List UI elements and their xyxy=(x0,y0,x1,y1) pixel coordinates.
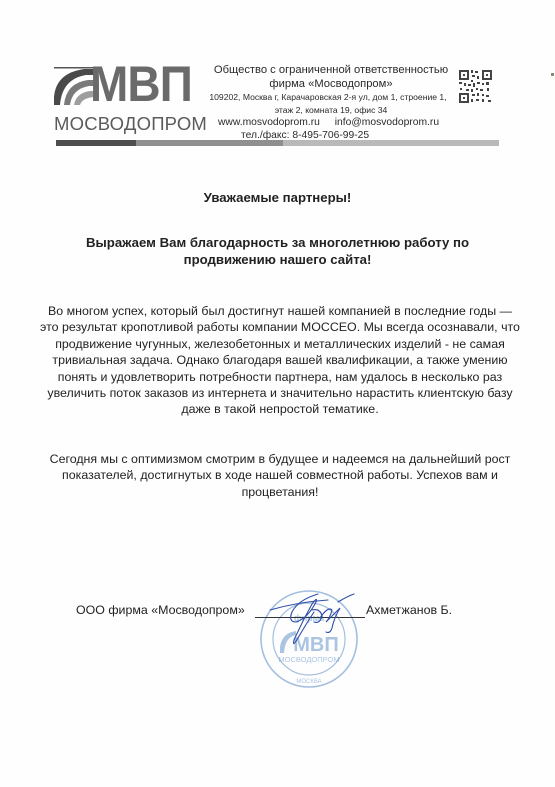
company-logo: МВП МОСВОДОПРОМ xyxy=(54,67,204,139)
svg-text:МОСВОДОПРОМ: МОСВОДОПРОМ xyxy=(278,655,339,664)
logo-letters: МВП xyxy=(90,59,192,109)
letterhead-divider xyxy=(56,140,499,146)
handwritten-signature-icon xyxy=(268,588,368,653)
company-name: фирма «Мосводопром» xyxy=(205,77,457,91)
divider-mid-segment xyxy=(136,140,283,146)
letter-paragraph: Во многом успех, который был достигнут н… xyxy=(40,303,520,418)
company-address-line1: 109202, Москва г, Карачаровская 2-я ул, … xyxy=(199,91,457,104)
signature-company: ООО фирма «Мосводопром» xyxy=(76,603,245,617)
divider-dark-segment xyxy=(56,140,136,146)
logo-company-name: МОСВОДОПРОМ xyxy=(54,114,207,134)
letter-page: МВП МОСВОДОПРОМ Общество с ограниченной … xyxy=(0,0,555,787)
svg-text:МОСКВА: МОСКВА xyxy=(296,679,321,685)
company-address-line2: этаж 2, комната 19, офис 34 xyxy=(205,104,457,116)
qr-code-icon xyxy=(458,69,493,104)
company-contacts: www.mosvodoprom.ru info@mosvodoprom.ru xyxy=(205,116,457,129)
company-info: Общество с ограниченной ответственностью… xyxy=(205,64,457,142)
signer-name: Ахметжанов Б. xyxy=(366,603,452,617)
scan-speck xyxy=(551,73,554,76)
letter-greeting: Уважаемые партнеры! xyxy=(0,190,555,205)
arc-logo-icon xyxy=(54,67,94,105)
company-legal-form: Общество с ограниченной ответственностью xyxy=(205,64,457,77)
letter-subtitle: Выражаем Вам благодарность за многолетню… xyxy=(40,234,515,268)
divider-light-segment xyxy=(283,140,499,146)
company-email-link[interactable]: info@mosvodoprom.ru xyxy=(335,117,439,128)
company-website-link[interactable]: www.mosvodoprom.ru xyxy=(218,117,320,128)
letter-paragraph: Сегодня мы с оптимизмом смотрим в будуще… xyxy=(40,451,520,500)
